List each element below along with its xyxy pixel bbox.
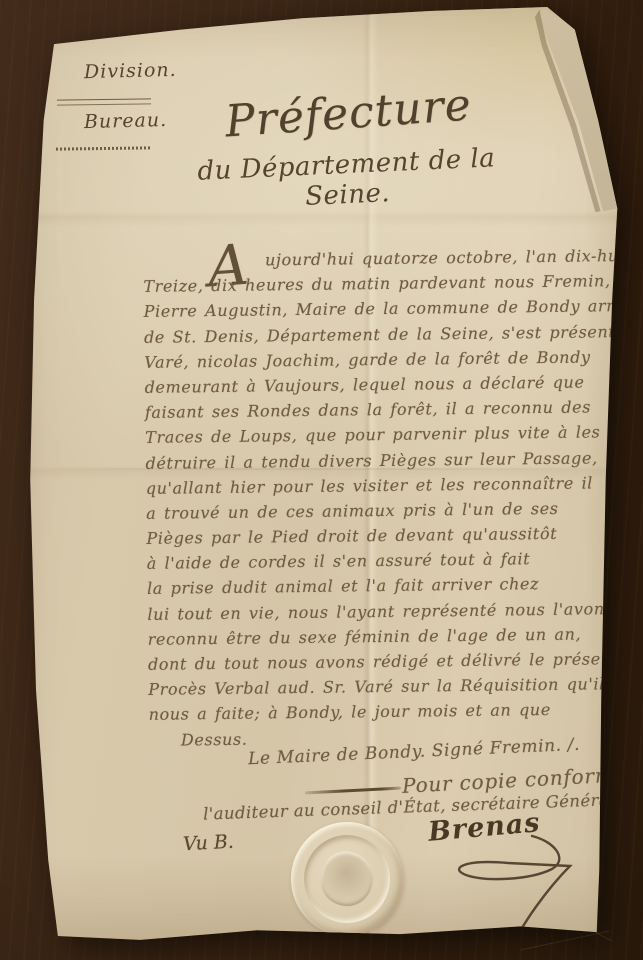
department-subtitle: du Département de la Seine. — [171, 142, 523, 218]
document-wrapper: Division. Bureau. Préfecture du Départem… — [0, 0, 643, 960]
vu-paraph: Vu B. — [182, 831, 234, 856]
embossed-seal-icon — [291, 822, 403, 936]
certification-flourish — [305, 786, 401, 794]
manuscript-body: ujourd'hui quatorze octobre, l'an dix-hu… — [143, 243, 623, 753]
document-paper: Division. Bureau. Préfecture du Départem… — [0, 0, 643, 960]
prefecture-title: Préfecture — [224, 80, 472, 148]
photo-background: Division. Bureau. Préfecture du Départem… — [0, 0, 643, 960]
division-rule — [57, 98, 151, 105]
bureau-label: Bureau. — [84, 109, 168, 133]
division-label: Division. — [84, 59, 177, 83]
signature-flourish-icon — [420, 808, 605, 958]
bureau-rule — [56, 146, 152, 150]
